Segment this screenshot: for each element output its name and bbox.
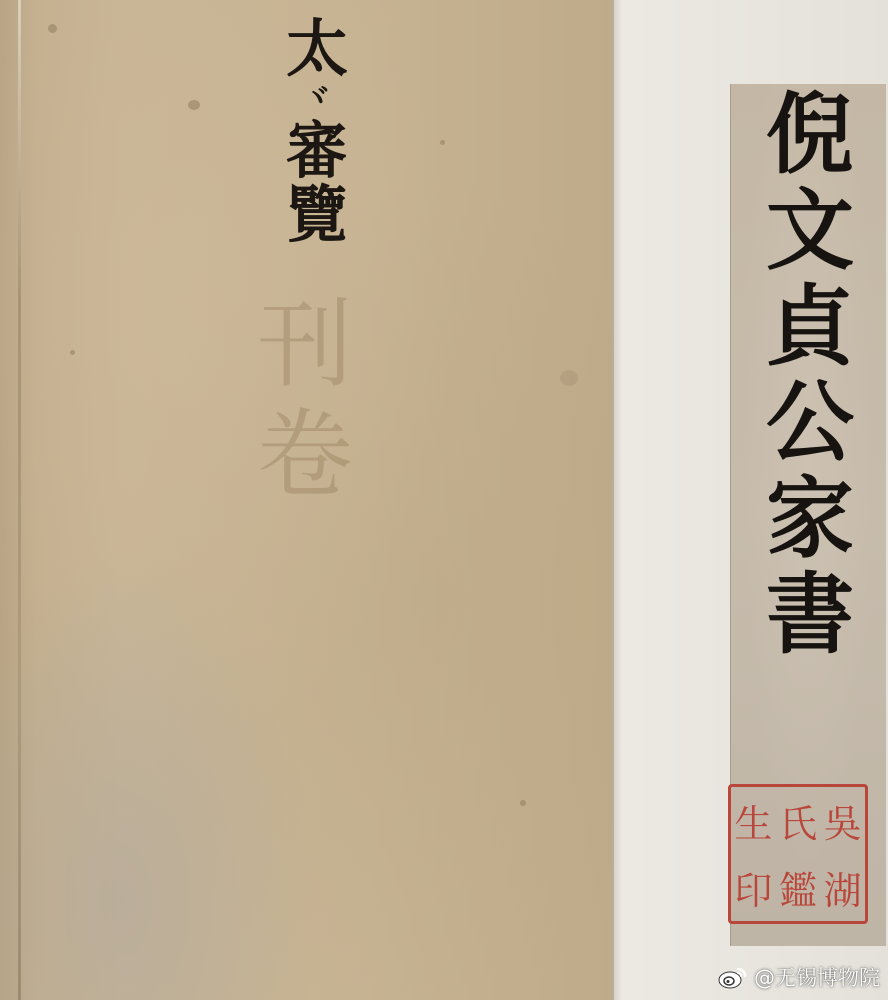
binding-edge xyxy=(18,0,21,1000)
title-slip-text: 倪 文 貞 公 家 書 xyxy=(740,90,880,666)
weibo-icon xyxy=(718,964,748,990)
paper-speck xyxy=(48,24,57,33)
repeat-mark: ヾ xyxy=(302,84,332,114)
paper-speck xyxy=(70,350,75,355)
seal-char: 湖 xyxy=(820,860,865,915)
paper-speck xyxy=(440,140,445,145)
title-char: 家 xyxy=(766,474,854,562)
title-char: 書 xyxy=(766,570,854,658)
paper-speck xyxy=(188,100,200,110)
red-seal: 生 氏 吳 印 鑑 湖 xyxy=(728,784,868,924)
inscription-char: 審 xyxy=(286,120,348,182)
faded-cover-inscription: 刊 卷 xyxy=(250,290,360,511)
title-char: 公 xyxy=(766,378,854,466)
title-char: 倪 xyxy=(766,90,854,178)
inscription-char: 覽 xyxy=(286,184,348,246)
inscription-char: 太 xyxy=(286,18,348,80)
paper-speck xyxy=(560,370,578,386)
seal-char: 氏 xyxy=(776,793,821,848)
seal-char: 吳 xyxy=(820,793,865,848)
watermark: @无锡博物院 xyxy=(718,962,880,992)
book-cover: 刊 卷 太 ヾ 審 覽 xyxy=(0,0,612,1000)
title-char: 文 xyxy=(766,186,854,274)
cover-inscription: 太 ヾ 審 覽 xyxy=(272,18,362,248)
seal-char: 鑑 xyxy=(776,860,821,915)
seal-char: 印 xyxy=(731,860,776,915)
paper-speck xyxy=(520,800,526,806)
title-char: 貞 xyxy=(766,282,854,370)
seal-char: 生 xyxy=(731,793,776,848)
watermark-text: @无锡博物院 xyxy=(754,962,880,992)
